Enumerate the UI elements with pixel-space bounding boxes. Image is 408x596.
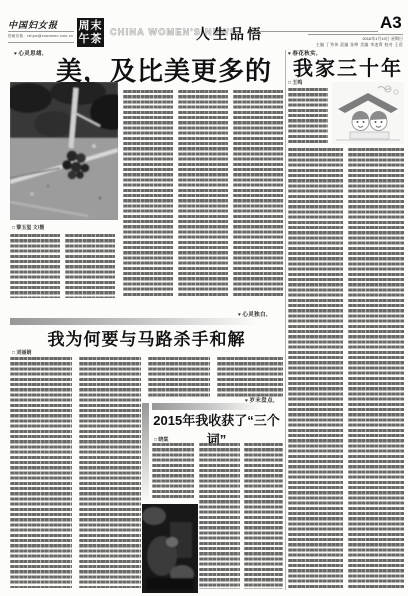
harvest-text-col-2 [199,443,240,589]
reconcile-text-col-1 [10,357,72,588]
masthead-email: 投稿信箱：rshpw@cnwomen.com.cn [8,34,73,39]
feature-column-tag: ♥心灵思绪, [14,49,44,57]
feature-photo [10,82,118,220]
family-headline: 我家三十年 [293,52,403,81]
masthead-title: 中国妇女报 [8,18,58,31]
reconcile-text-col-4 [217,357,283,397]
harvest-byline: □ 晓棠 [154,436,168,443]
harvest-tag-label: 岁末盘点, [249,398,275,404]
header-rule [252,31,378,32]
harvest-text-col-3 [244,443,283,589]
harvest-section-bar [152,403,262,410]
reconcile-section-bar [10,318,260,325]
feature-text-col-3 [233,90,283,298]
feature-tag-label: 心灵思绪, [18,51,44,57]
newspaper-page: 中国妇女报 投稿信箱：rshpw@cnwomen.com.cn 周末 午茶 CH… [0,0,408,596]
family-text-wrap-col [288,88,328,143]
reconcile-headline: 我为何要与马路杀手和解 [10,325,283,350]
weekend-tea-logo: 周末 午茶 [77,18,104,47]
reconcile-byline: □ 刘丽娟 [12,349,31,356]
harvest-photo [142,504,198,593]
leaf-icon: ♥ [14,51,17,57]
logo-line2: 午茶 [79,33,103,46]
feature-byline: □ 黎玉玺 文/摄 [12,224,44,231]
family-text-col-1 [288,148,343,588]
family-byline: □ 王鸣 [288,79,302,86]
column-divider [285,50,286,590]
feature-text-col-1 [123,90,173,298]
family-text-col-2 [348,148,404,588]
reconcile-column-tag: ♥心灵独白, [238,310,268,318]
page-number: A3 [380,13,402,33]
reconcile-text-col-2 [79,357,141,588]
masthead-rule-top [8,31,74,32]
feature-text-col-5 [65,234,115,298]
reconcile-text-col-3 [148,357,210,397]
feature-text-col-4 [10,234,60,298]
family-illustration [332,82,404,144]
harvest-text-col-1 [152,443,194,500]
leaf-icon: ♥ [288,51,291,57]
feature-text-col-2 [178,90,228,298]
credits-line: 主编 丁秀伟 责编 张峥 美编 李凌霄 校对 王蓓 [316,42,403,48]
harvest-column-tag: ♥岁末盘点, [245,396,275,404]
leaf-icon: ♥ [245,398,248,404]
section-title: 人生品悟 [196,24,264,44]
logo-line1: 周末 [79,20,103,33]
masthead-rule-bottom [8,42,74,43]
